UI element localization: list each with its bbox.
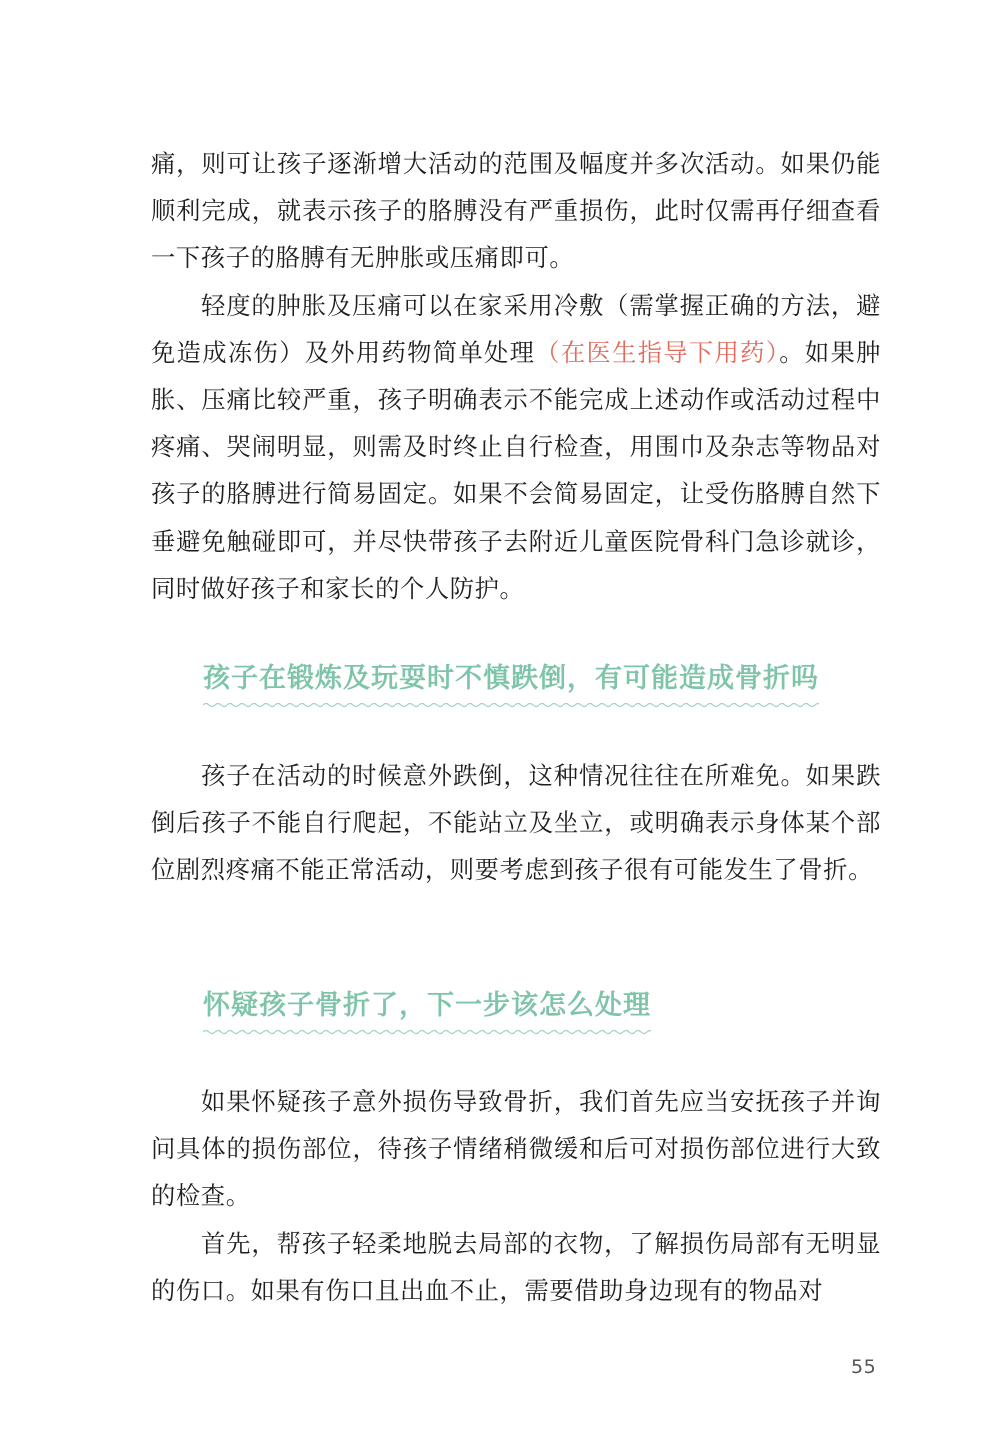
paragraph-comfort-child: 如果怀疑孩子意外损伤导致骨折，我们首先应当安抚孩子并询问具体的损伤部位，待孩子情… (151, 1078, 881, 1220)
paragraph-remove-clothing: 首先，帮孩子轻柔地脱去局部的衣物，了解损伤局部有无明显的伤口。如果有伤口且出血不… (151, 1220, 881, 1314)
paragraph-cold-compress: 轻度的肿胀及压痛可以在家采用冷敷（需掌握正确的方法，避免造成冻伤）及外用药物简单… (151, 282, 881, 612)
medical-note-highlight: （在医生指导下用药） (535, 338, 779, 367)
paragraph-continuation: 痛，则可让孩子逐渐增大活动的范围及幅度并多次活动。如果仍能顺利完成，就表示孩子的… (151, 140, 881, 282)
paragraph-text-after: 。如果肿胀、压痛比较严重，孩子明确表示不能完成上述动作或活动过程中疼痛、哭闹明显… (151, 338, 881, 603)
section-heading-2-wrap: 怀疑孩子骨折了，下一步该怎么处理 (203, 986, 651, 1036)
section-heading-next-steps: 怀疑孩子骨折了，下一步该怎么处理 (203, 986, 651, 1026)
paragraph-fall-injury: 孩子在活动的时候意外跌倒，这种情况往往在所难免。如果跌倒后孩子不能自行爬起，不能… (151, 752, 881, 894)
intro-block: 痛，则可让孩子逐渐增大活动的范围及幅度并多次活动。如果仍能顺利完成，就表示孩子的… (151, 140, 881, 612)
section-heading-1-wrap: 孩子在锻炼及玩耍时不慎跌倒，有可能造成骨折吗 (203, 659, 819, 709)
page-number: 55 (851, 1356, 876, 1378)
section-heading-block-2: 怀疑孩子骨折了，下一步该怎么处理 (151, 986, 651, 1036)
wavy-underline-decoration (203, 701, 819, 709)
section-1-body: 孩子在活动的时候意外跌倒，这种情况往往在所难免。如果跌倒后孩子不能自行爬起，不能… (151, 752, 881, 894)
wavy-underline-decoration (203, 1028, 651, 1036)
section-2-body: 如果怀疑孩子意外损伤导致骨折，我们首先应当安抚孩子并询问具体的损伤部位，待孩子情… (151, 1078, 881, 1314)
section-heading-block-1: 孩子在锻炼及玩耍时不慎跌倒，有可能造成骨折吗 (151, 659, 819, 709)
section-heading-fracture-question: 孩子在锻炼及玩耍时不慎跌倒，有可能造成骨折吗 (203, 659, 819, 699)
